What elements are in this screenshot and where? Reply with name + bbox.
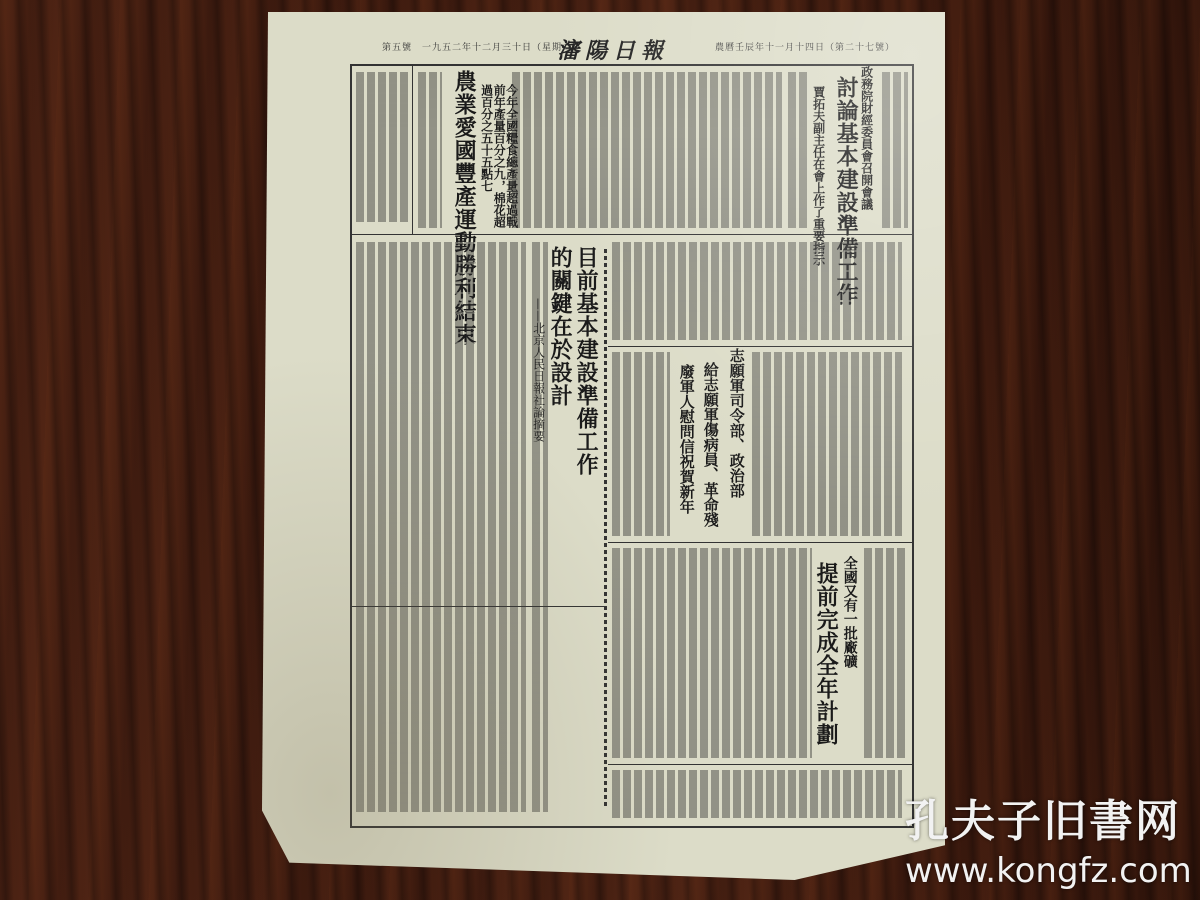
factories-headline: 提前完成全年計劃: [814, 562, 837, 746]
newspaper-page: 第五號 一九五二年十二月三十日（星期二） 瀋陽日報 農曆壬辰年十一月十四日（第二…: [262, 12, 945, 880]
body-text-block: [882, 72, 908, 228]
kongfz-watermark: 孔夫子旧書网 www.kongfz.com: [905, 785, 1192, 891]
section-divider: [352, 234, 912, 235]
finance-kicker: 政務院財經委員會召開會議: [860, 66, 873, 210]
masthead: 瀋陽日報: [557, 34, 669, 65]
body-text-block: [356, 72, 408, 222]
section-divider: [608, 764, 912, 765]
body-text-block: [418, 72, 442, 228]
agriculture-headline: 農業愛國豐產運動勝利結束: [452, 70, 475, 346]
volunteer-headline-line2: 廢軍人慰問信祝賀新年: [678, 364, 694, 514]
body-text-block: [612, 352, 670, 536]
issue-date-left: 第五號 一九五二年十二月三十日（星期二）: [382, 40, 582, 53]
agriculture-subhead: 今年全國糧食總產量超過戰前年產量百分之九，棉花超過百分之五十五點七: [480, 84, 518, 234]
section-divider: [608, 346, 912, 347]
editorial-headline-line2: 的關鍵在於設計: [548, 246, 571, 407]
volunteer-headline-line1: 給志願軍傷病員、革命殘: [702, 362, 718, 527]
body-text-block: [752, 352, 902, 536]
factories-kicker: 全國又有一批廠礦: [842, 556, 857, 668]
body-text-block: [864, 548, 906, 758]
finance-headline: 討論基本建設準備工作: [834, 76, 857, 306]
finance-subhead: 賈拓夫副主任在會上作了重要指示: [812, 86, 825, 266]
section-divider: [352, 606, 604, 607]
body-text-block: [532, 242, 548, 812]
body-text-block: [612, 548, 812, 758]
issue-date-right: 農曆壬辰年十一月十四日（第二十七號）: [715, 40, 895, 53]
volunteer-kicker: 志願軍司令部、政治部: [728, 348, 744, 498]
dashed-column-rule: [604, 246, 607, 806]
body-text-block: [356, 242, 526, 812]
editorial-source: ——北京人民日報社論摘要: [532, 298, 545, 442]
page-frame: 農業愛國豐產運動勝利結束 今年全國糧食總產量超過戰前年產量百分之九，棉花超過百分…: [350, 64, 914, 828]
section-divider: [608, 542, 912, 543]
watermark-url: www.kongfz.com: [905, 851, 1192, 891]
editorial-headline-line1: 目前基本建設準備工作: [574, 246, 597, 476]
watermark-site-name: 孔夫子旧書网: [905, 785, 1192, 849]
body-text-block: [788, 72, 808, 228]
column-divider: [412, 66, 413, 234]
body-text-block: [512, 72, 782, 228]
newspaper-header: 第五號 一九五二年十二月三十日（星期二） 瀋陽日報 農曆壬辰年十一月十四日（第二…: [342, 36, 925, 54]
body-text-block: [612, 770, 902, 818]
body-text-block: [612, 242, 902, 340]
